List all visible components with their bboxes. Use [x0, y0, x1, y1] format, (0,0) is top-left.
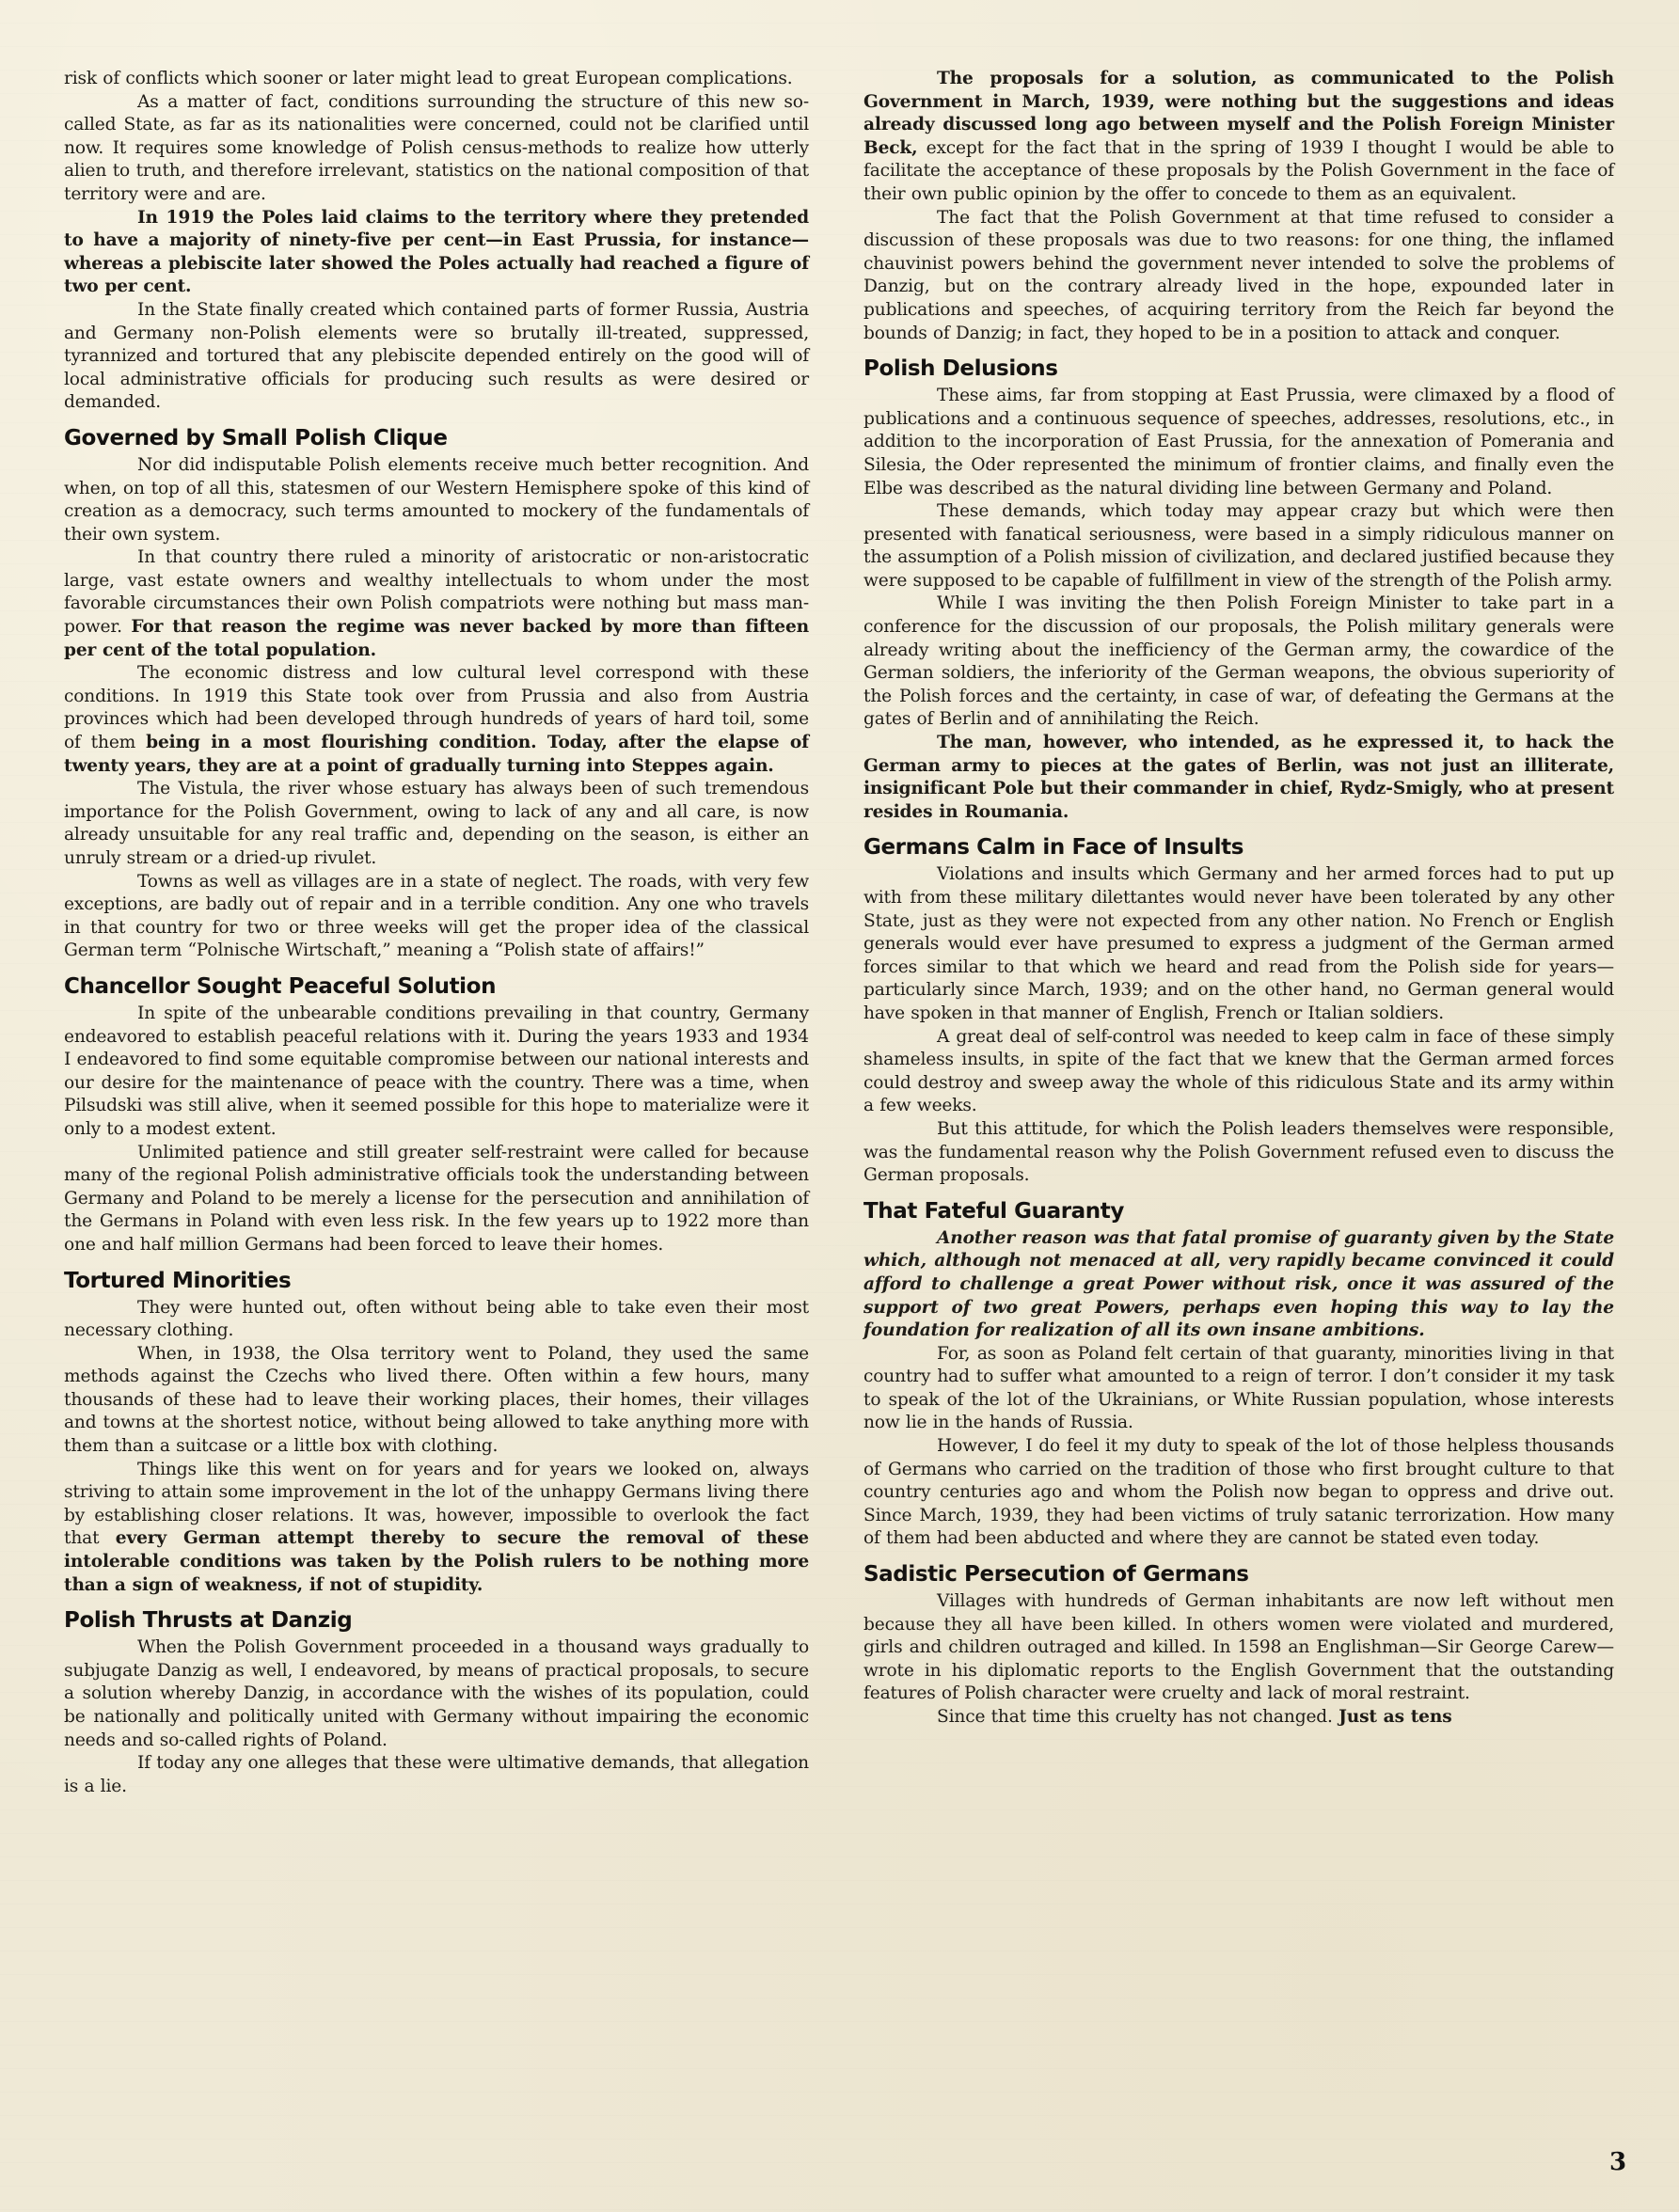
paragraph: Villages with hundreds of German inhabit… — [863, 1590, 1614, 1706]
paragraph: Things like this went on for years and f… — [64, 1459, 809, 1598]
document-page: risk of conflicts which sooner or later … — [0, 0, 1679, 2212]
text-run: These demands, which today may appear cr… — [863, 501, 1614, 591]
bold-text: For that reason the regime was never bac… — [64, 617, 809, 660]
paragraph: While I was inviting the then Polish For… — [863, 592, 1614, 732]
section-sadistic-persecution-of-germans: Sadistic Persecution of GermansVillages … — [863, 1560, 1614, 1730]
text-run: Towns as well as villages are in a state… — [64, 872, 809, 961]
text-run: except for the fact that in the spring o… — [863, 138, 1614, 204]
section-tortured-minorities: Tortured MinoritiesThey were hunted out,… — [64, 1267, 809, 1598]
text-run: If today any one alleges that these were… — [64, 1753, 809, 1796]
text-run: A great deal of self-control was needed … — [863, 1027, 1614, 1116]
bold-text: The man, however, who intended, as he ex… — [863, 733, 1614, 822]
section-heading: Polish Thrusts at Danzig — [64, 1606, 809, 1635]
right-column: The proposals for a solution, as communi… — [863, 68, 1614, 1730]
italic-text: Another reason was that fatal promise of… — [863, 1228, 1614, 1340]
paragraph: These demands, which today may appear cr… — [863, 500, 1614, 592]
paragraph: The economic distress and low cultural l… — [64, 662, 809, 778]
section-heading: Sadistic Persecution of Germans — [863, 1560, 1614, 1588]
text-run: However, I do feel it my duty to speak o… — [863, 1436, 1614, 1548]
text-run: The Vistula, the river whose estuary has… — [64, 779, 809, 868]
text-run: Villages with hundreds of German inhabit… — [863, 1591, 1614, 1703]
paragraph: Violations and insults which Germany and… — [863, 863, 1614, 1025]
section-that-fateful-guaranty: That Fateful GuarantyAnother reason was … — [863, 1197, 1614, 1551]
text-run: As a matter of fact, conditions surround… — [64, 92, 809, 204]
paragraph: In that country there ruled a minority o… — [64, 546, 809, 662]
text-run: Since that time this cruelty has not cha… — [937, 1707, 1338, 1727]
text-run: These aims, far from stopping at East Pr… — [863, 386, 1614, 498]
paragraph: When, in 1938, the Olsa territory went t… — [64, 1343, 809, 1459]
paragraph: Nor did indisputable Polish elements rec… — [64, 454, 809, 546]
section-continuation: risk of conflicts which sooner or later … — [64, 68, 809, 415]
paragraph: As a matter of fact, conditions surround… — [64, 91, 809, 207]
section-heading: Governed by Small Polish Clique — [64, 424, 809, 452]
paragraph: In 1919 the Poles laid claims to the ter… — [64, 207, 809, 299]
text-run: risk of conflicts which sooner or later … — [64, 69, 793, 88]
paragraph: But this attitude, for which the Polish … — [863, 1118, 1614, 1188]
section-continuation: The proposals for a solution, as communi… — [863, 68, 1614, 345]
section-governed-by-small-polish-clique: Governed by Small Polish CliqueNor did i… — [64, 424, 809, 963]
bold-text: every German attempt thereby to secure t… — [64, 1528, 809, 1594]
section-heading: Tortured Minorities — [64, 1267, 809, 1295]
text-run: For, as soon as Poland felt certain of t… — [863, 1344, 1614, 1433]
paragraph: Since that time this cruelty has not cha… — [863, 1706, 1614, 1730]
paragraph: Towns as well as villages are in a state… — [64, 871, 809, 963]
text-run: Unlimited patience and still greater sel… — [64, 1143, 809, 1255]
left-column: risk of conflicts which sooner or later … — [64, 68, 809, 1798]
page-number: 3 — [1609, 2148, 1626, 2176]
paragraph: The man, however, who intended, as he ex… — [863, 732, 1614, 824]
text-run: They were hunted out, often without bein… — [64, 1298, 809, 1341]
bold-text: being in a most flourishing condition. T… — [64, 733, 809, 776]
text-run: In spite of the unbearable conditions pr… — [64, 1003, 809, 1139]
bold-text: In 1919 the Poles laid claims to the ter… — [64, 208, 809, 297]
paragraph: They were hunted out, often without bein… — [64, 1297, 809, 1343]
section-heading: Polish Delusions — [863, 355, 1614, 383]
text-run: When, in 1938, the Olsa territory went t… — [64, 1344, 809, 1456]
section-chancellor-sought-peaceful-solution: Chancellor Sought Peaceful SolutionIn sp… — [64, 972, 809, 1257]
paragraph: The fact that the Polish Government at t… — [863, 207, 1614, 346]
text-run: Violations and insults which Germany and… — [863, 864, 1614, 1023]
paragraph: Unlimited patience and still greater sel… — [64, 1142, 809, 1257]
paragraph: risk of conflicts which sooner or later … — [64, 68, 809, 91]
paragraph: However, I do feel it my duty to speak o… — [863, 1435, 1614, 1551]
bold-text: Just as tens — [1338, 1707, 1451, 1727]
paragraph: When the Polish Government proceeded in … — [64, 1636, 809, 1752]
section-polish-delusions: Polish DelusionsThese aims, far from sto… — [863, 355, 1614, 824]
section-heading: Chancellor Sought Peaceful Solution — [64, 972, 809, 1001]
text-run: While I was inviting the then Polish For… — [863, 593, 1614, 729]
text-run: In the State finally created which conta… — [64, 300, 809, 412]
text-run: Nor did indisputable Polish elements rec… — [64, 455, 809, 545]
text-run: But this attitude, for which the Polish … — [863, 1119, 1614, 1185]
section-polish-thrusts-at-danzig: Polish Thrusts at DanzigWhen the Polish … — [64, 1606, 809, 1798]
section-heading: Germans Calm in Face of Insults — [863, 833, 1614, 861]
text-run: When the Polish Government proceeded in … — [64, 1637, 809, 1749]
paragraph: A great deal of self-control was needed … — [863, 1026, 1614, 1118]
section-germans-calm-in-face-of-insults: Germans Calm in Face of InsultsViolation… — [863, 833, 1614, 1187]
paragraph: In the State finally created which conta… — [64, 299, 809, 415]
paragraph: Another reason was that fatal promise of… — [863, 1227, 1614, 1343]
paragraph: If today any one alleges that these were… — [64, 1752, 809, 1798]
text-run: The fact that the Polish Government at t… — [863, 208, 1614, 343]
section-heading: That Fateful Guaranty — [863, 1197, 1614, 1225]
paragraph: The Vistula, the river whose estuary has… — [64, 778, 809, 870]
paragraph: In spite of the unbearable conditions pr… — [64, 1003, 809, 1142]
paragraph: The proposals for a solution, as communi… — [863, 68, 1614, 207]
paragraph: These aims, far from stopping at East Pr… — [863, 385, 1614, 500]
paragraph: For, as soon as Poland felt certain of t… — [863, 1343, 1614, 1435]
